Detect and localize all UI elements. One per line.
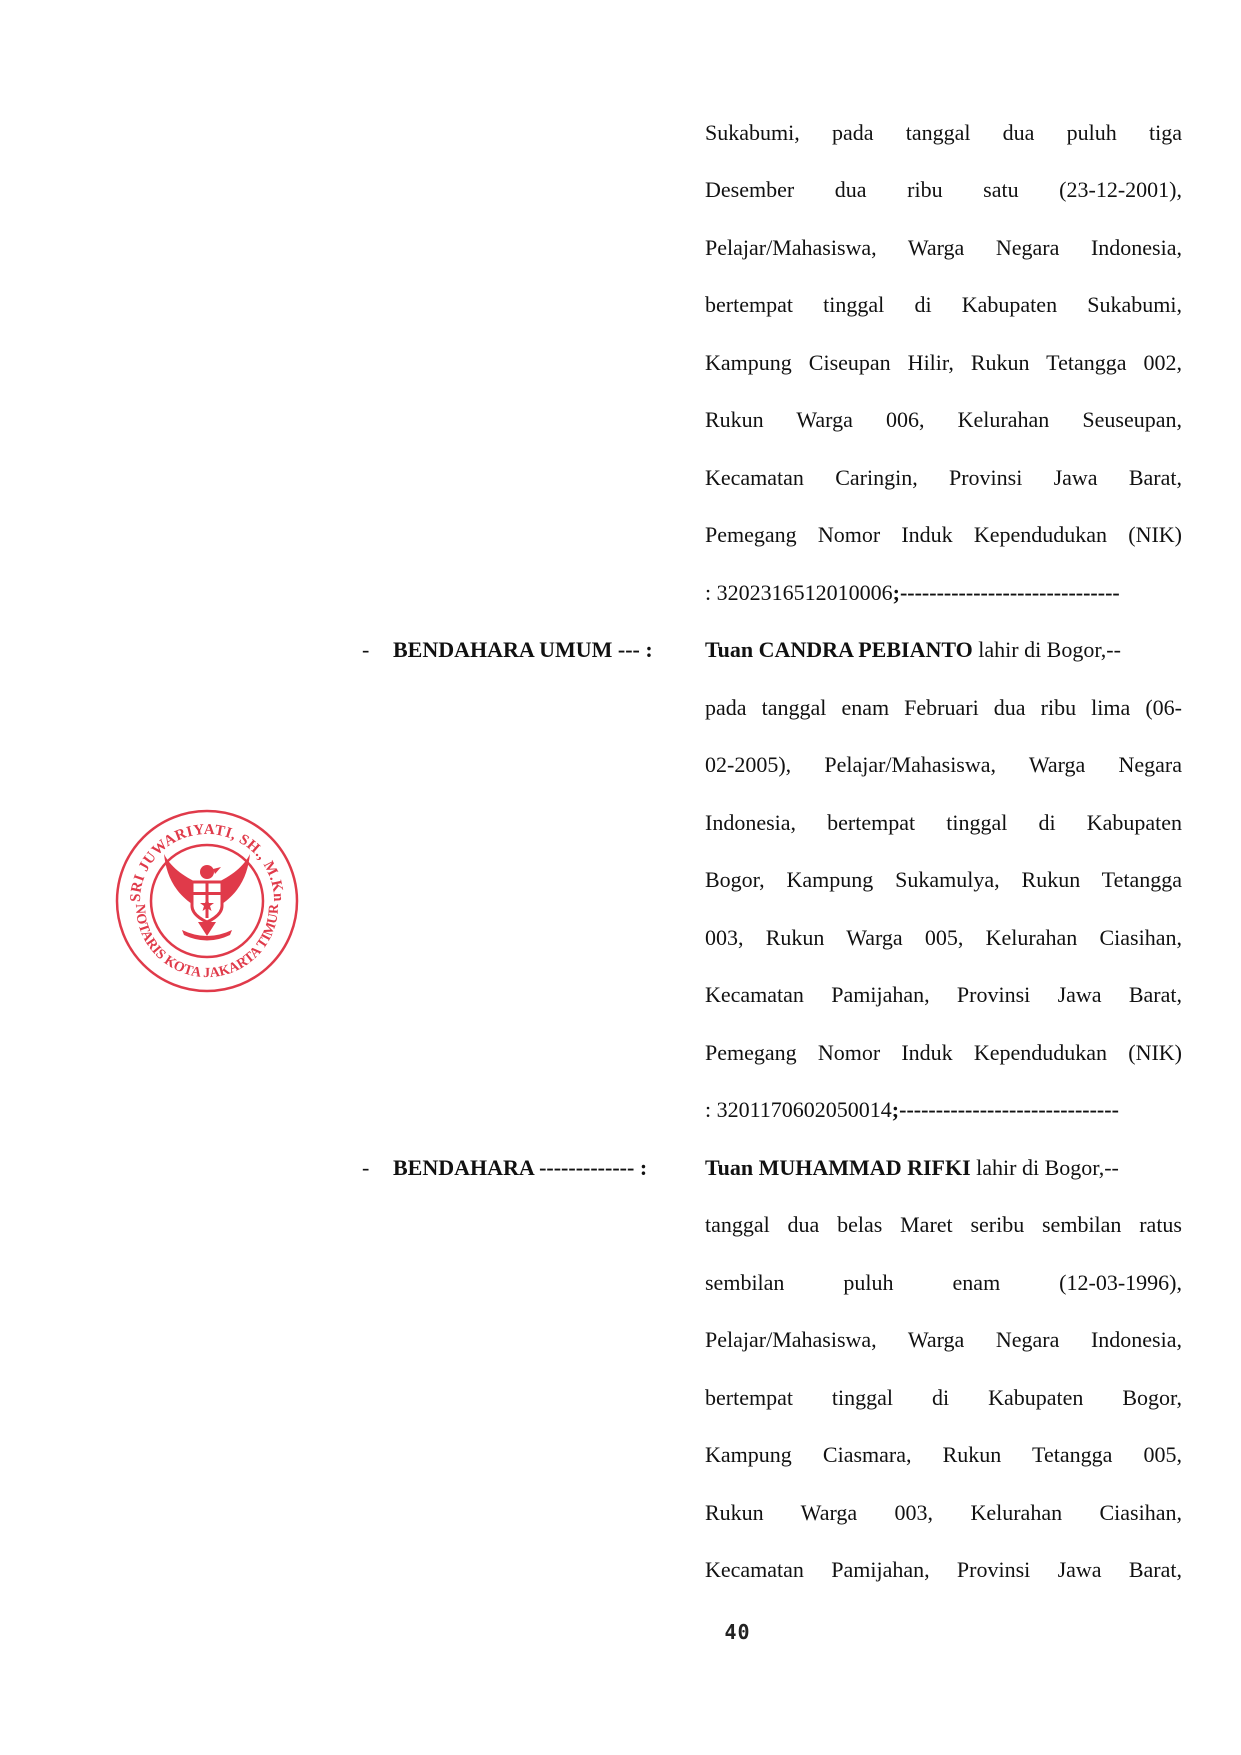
person-name: Tuan MUHAMMAD RIFKI bbox=[705, 1155, 971, 1180]
text-line: Kampung Ciseupan Hilir, Rukun Tetangga 0… bbox=[705, 348, 1182, 378]
text-line: sembilan puluh enam (12-03-1996), bbox=[705, 1268, 1182, 1298]
notary-stamp: SRI JUWARIYATI, SH., M.Kn NOTARIS KOTA J… bbox=[112, 806, 302, 996]
garuda-emblem-icon bbox=[164, 854, 250, 941]
text-line: Rukun Warga 003, Kelurahan Ciasihan, bbox=[705, 1498, 1182, 1528]
document-page: SRI JUWARIYATI, SH., M.Kn NOTARIS KOTA J… bbox=[0, 0, 1241, 1755]
text-line: Pelajar/Mahasiswa, Warga Negara Indonesi… bbox=[705, 233, 1182, 263]
text-line: 003, Rukun Warga 005, Kelurahan Ciasihan… bbox=[705, 923, 1182, 953]
text-line: Kampung Ciasmara, Rukun Tetangga 005, bbox=[705, 1440, 1182, 1470]
text-fragment: lahir di Bogor,-- bbox=[971, 1155, 1119, 1180]
page-number: 40 bbox=[0, 1620, 1241, 1644]
text-line: Kecamatan Pamijahan, Provinsi Jawa Barat… bbox=[705, 980, 1182, 1010]
text-line: Bogor, Kampung Sukamulya, Rukun Tetangga bbox=[705, 865, 1182, 895]
nik-filler: ;------------------------------ bbox=[892, 1097, 1119, 1122]
text-line: tanggal dua belas Maret seribu sembilan … bbox=[705, 1210, 1182, 1240]
bullet: - bbox=[362, 635, 393, 665]
nik-value: : 3202316512010006 bbox=[705, 580, 893, 605]
text-line: Kecamatan Pamijahan, Provinsi Jawa Barat… bbox=[705, 1555, 1182, 1585]
role-title: BENDAHARA UMUM --- : bbox=[393, 637, 653, 662]
role-label-bendahara: -BENDAHARA ------------- : bbox=[362, 1153, 647, 1183]
nik-line: : 3201170602050014;---------------------… bbox=[705, 1095, 1182, 1125]
text-line: Indonesia, bertempat tinggal di Kabupate… bbox=[705, 808, 1182, 838]
text-line: Tuan MUHAMMAD RIFKI lahir di Bogor,-- bbox=[705, 1153, 1182, 1183]
text-line: Rukun Warga 006, Kelurahan Seuseupan, bbox=[705, 405, 1182, 435]
text-line: Kecamatan Caringin, Provinsi Jawa Barat, bbox=[705, 463, 1182, 493]
person-name: Tuan CANDRA PEBIANTO bbox=[705, 637, 973, 662]
text-line: Pemegang Nomor Induk Kependudukan (NIK) bbox=[705, 520, 1182, 550]
text-line: Desember dua ribu satu (23-12-2001), bbox=[705, 175, 1182, 205]
nik-filler: ;------------------------------ bbox=[893, 580, 1120, 605]
text-line: bertempat tinggal di Kabupaten Bogor, bbox=[705, 1383, 1182, 1413]
text-line: Pelajar/Mahasiswa, Warga Negara Indonesi… bbox=[705, 1325, 1182, 1355]
bullet: - bbox=[362, 1153, 393, 1183]
text-line: bertempat tinggal di Kabupaten Sukabumi, bbox=[705, 290, 1182, 320]
role-title: BENDAHARA ------------- : bbox=[393, 1155, 647, 1180]
text-line: Pemegang Nomor Induk Kependudukan (NIK) bbox=[705, 1038, 1182, 1068]
text-line: Tuan CANDRA PEBIANTO lahir di Bogor,-- bbox=[705, 635, 1182, 665]
role-label-bendahara-umum: -BENDAHARA UMUM --- : bbox=[362, 635, 653, 665]
text-fragment: lahir di Bogor,-- bbox=[973, 637, 1121, 662]
text-line: 02-2005), Pelajar/Mahasiswa, Warga Negar… bbox=[705, 750, 1182, 780]
text-line: pada tanggal enam Februari dua ribu lima… bbox=[705, 693, 1182, 723]
nik-value: : 3201170602050014 bbox=[705, 1097, 892, 1122]
nik-line: : 3202316512010006;---------------------… bbox=[705, 578, 1182, 608]
text-line: Sukabumi, pada tanggal dua puluh tiga bbox=[705, 118, 1182, 148]
